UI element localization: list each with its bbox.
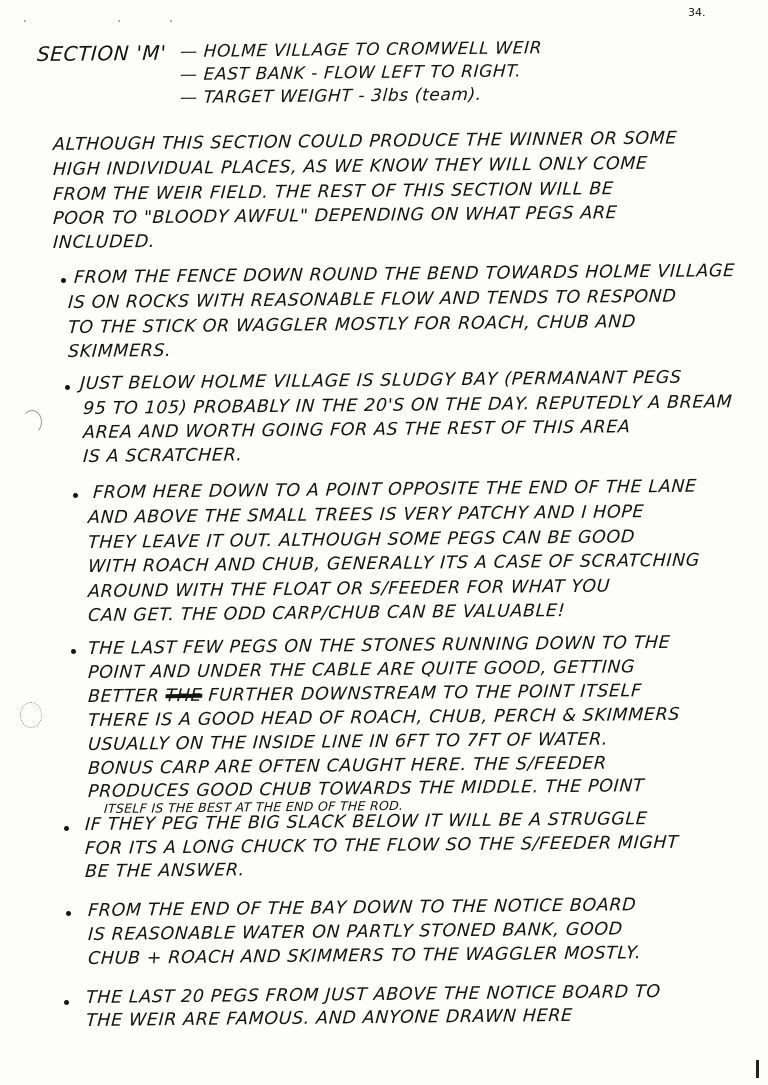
bullet-line: SKIMMERS. (67, 343, 171, 362)
bullet-dot (66, 911, 71, 916)
intro-line: POOR TO "BLOODY AWFUL" DEPENDING ON WHAT… (52, 205, 617, 228)
scan-speck (118, 20, 120, 22)
bullet-line: TO THE STICK OR WAGGLER MOSTLY FOR ROACH… (67, 314, 636, 337)
intro-line: FROM THE WEIR FIELD. THE REST OF THIS SE… (52, 181, 614, 204)
bullet-line: BE THE ANSWER. (84, 862, 245, 881)
bullet-line: THERE IS A GOOD HEAD OF ROACH, CHUB, PER… (87, 707, 680, 731)
bullet-dot (64, 1000, 69, 1005)
bullet-dot (73, 493, 78, 498)
bullet-line: AND ABOVE THE SMALL TREES IS VERY PATCHY… (87, 504, 644, 527)
bullet-line: AREA AND WORTH GOING FOR AS THE REST OF … (82, 419, 630, 442)
scan-speck (170, 20, 172, 22)
bullet-line: BONUS CARP ARE OFTEN CAUGHT HERE. THE S/… (87, 756, 607, 779)
bullet-line: FROM THE END OF THE BAY DOWN TO THE NOTI… (87, 897, 636, 920)
header-line-route: — HOLME VILLAGE TO CROMWELL WEIR (179, 40, 542, 61)
intro-line: HIGH INDIVIDUAL PLACES, AS WE KNOW THEY … (52, 156, 648, 180)
section-title: SECTION 'M' (36, 43, 167, 64)
header-line-target-weight: — TARGET WEIGHT - 3lbs (team). (179, 87, 482, 107)
bullet-line: FROM HERE DOWN TO A POINT OPPOSITE THE E… (92, 479, 697, 503)
intro-line: ALTHOUGH THIS SECTION COULD PRODUCE THE … (52, 130, 677, 154)
bullet-line: CHUB + ROACH AND SKIMMERS TO THE WAGGLER… (87, 945, 641, 968)
bullet-line: THE LAST FEW PEGS ON THE STONES RUNNING … (87, 635, 670, 659)
header-line-bank: — EAST BANK - FLOW LEFT TO RIGHT. (179, 63, 521, 84)
bullet-line: FROM THE FENCE DOWN ROUND THE BEND TOWAR… (73, 263, 735, 287)
bullet-text: FURTHER DOWNSTREAM TO THE POINT ITSELF (208, 681, 642, 706)
bullet-line: IS ON ROCKS WITH REASONABLE FLOW AND TEN… (67, 289, 676, 313)
bullet-line: FOR ITS A LONG CHUCK TO THE FLOW SO THE … (84, 835, 679, 859)
bullet-line: THE LAST 20 PEGS FROM JUST ABOVE THE NOT… (85, 984, 661, 1008)
bullet-dot (61, 278, 66, 283)
bullet-line: IF THEY PEG THE BIG SLACK BELOW IT WILL … (84, 811, 647, 834)
bullet-dot (65, 385, 70, 390)
bullet-dot (64, 826, 69, 831)
page-number: 34. (688, 6, 706, 19)
bullet-dot (71, 649, 76, 654)
punch-hole-mark (22, 410, 42, 434)
handwritten-page: 34. SECTION 'M' — HOLME VILLAGE TO CROMW… (0, 0, 768, 1085)
bullet-line: THEY LEAVE IT OUT. ALTHOUGH SOME PEGS CA… (87, 529, 635, 552)
bullet-line: JUST BELOW HOLME VILLAGE IS SLUDGY BAY (… (79, 370, 682, 394)
bullet-line: WITH ROACH AND CHUB, GENERALLY ITS A CAS… (87, 553, 700, 577)
bullet-line: USUALLY ON THE INSIDE LINE IN 6FT TO 7FT… (87, 732, 608, 755)
intro-line: INCLUDED. (52, 234, 155, 253)
bullet-line: CAN GET. THE ODD CARP/CHUB CAN BE VALUAB… (87, 603, 565, 625)
struck-out-word: THE (165, 686, 203, 706)
bullet-line: POINT AND UNDER THE CABLE ARE QUITE GOOD… (87, 659, 635, 682)
bullet-line: THE WEIR ARE FAMOUS. AND ANYONE DRAWN HE… (85, 1008, 573, 1031)
bullet-line: AROUND WITH THE FLOAT OR S/FEEDER FOR WH… (87, 579, 610, 602)
scan-speck (24, 20, 26, 22)
scan-edge-mark (756, 1060, 759, 1078)
punch-hole-mark (20, 702, 42, 728)
bullet-text: BETTER (87, 686, 160, 707)
bullet-line: IS A SCRATCHER. (82, 447, 243, 466)
bullet-line: 95 TO 105) PROBABLY IN THE 20'S ON THE D… (82, 394, 732, 418)
bullet-line: IS REASONABLE WATER ON PARTLY STONED BAN… (87, 921, 623, 944)
bullet-line-with-correction: BETTER THE FURTHER DOWNSTREAM TO THE POI… (87, 683, 642, 706)
